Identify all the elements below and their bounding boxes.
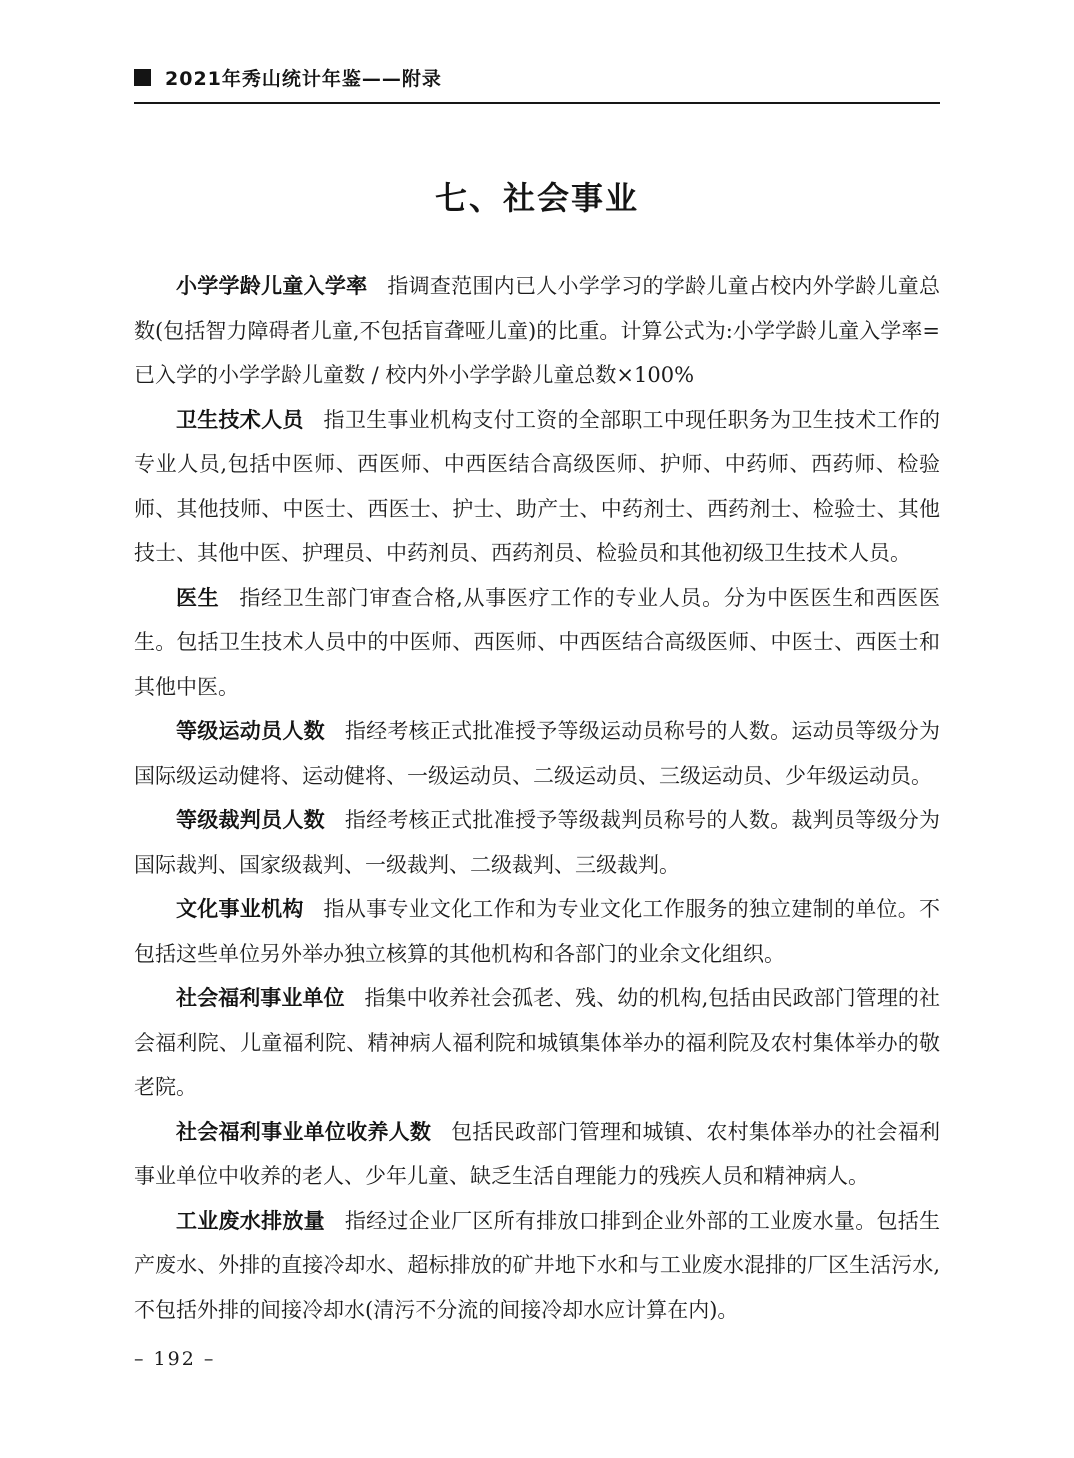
term-label: 等级运动员人数 — [176, 719, 325, 743]
section-title: 七、社会事业 — [134, 178, 940, 218]
term-label: 小学学龄儿童入学率 — [176, 274, 367, 298]
definition-paragraph: 医生指经卫生部门审查合格,从事医疗工作的专业人员。分为中医医生和西医医生。包括卫… — [134, 576, 940, 710]
header-square-icon — [134, 69, 151, 86]
term-label: 社会福利事业单位 — [176, 986, 345, 1010]
definition-paragraph: 社会福利事业单位指集中收养社会孤老、残、幼的机构,包括由民政部门管理的社会福利院… — [134, 976, 940, 1110]
term-label: 医生 — [176, 586, 219, 610]
definition-paragraph: 等级运动员人数指经考核正式批准授予等级运动员称号的人数。运动员等级分为国际级运动… — [134, 709, 940, 798]
definition-paragraph: 卫生技术人员指卫生事业机构支付工资的全部职工中现任职务为卫生技术工作的专业人员,… — [134, 398, 940, 576]
definition-paragraph: 工业废水排放量指经过企业厂区所有排放口排到企业外部的工业废水量。包括生产废水、外… — [134, 1199, 940, 1333]
page-footer: – 192 – — [134, 1348, 940, 1370]
definitions-content: 小学学龄儿童入学率指调查范围内已人小学学习的学龄儿童占校内外学龄儿童总数(包括智… — [134, 264, 940, 1332]
term-label: 文化事业机构 — [176, 897, 304, 921]
term-definition: 指经卫生部门审查合格,从事医疗工作的专业人员。分为中医医生和西医医生。包括卫生技… — [134, 586, 940, 699]
definition-paragraph: 文化事业机构指从事专业文化工作和为专业文化工作服务的独立建制的单位。不包括这些单… — [134, 887, 940, 976]
term-label: 工业废水排放量 — [176, 1209, 325, 1233]
term-label: 卫生技术人员 — [176, 408, 304, 432]
page-number: – 192 – — [134, 1348, 215, 1370]
page-header: 2021年秀山统计年鉴——附录 — [134, 64, 940, 104]
definition-paragraph: 社会福利事业单位收养人数包括民政部门管理和城镇、农村集体举办的社会福利事业单位中… — [134, 1110, 940, 1199]
term-label: 等级裁判员人数 — [176, 808, 325, 832]
definition-paragraph: 小学学龄儿童入学率指调查范围内已人小学学习的学龄儿童占校内外学龄儿童总数(包括智… — [134, 264, 940, 398]
term-label: 社会福利事业单位收养人数 — [176, 1120, 431, 1144]
document-page: 2021年秀山统计年鉴——附录 七、社会事业 小学学龄儿童入学率指调查范围内已人… — [0, 0, 1074, 1458]
definition-paragraph: 等级裁判员人数指经考核正式批准授予等级裁判员称号的人数。裁判员等级分为国际裁判、… — [134, 798, 940, 887]
header-title: 2021年秀山统计年鉴——附录 — [165, 64, 442, 91]
